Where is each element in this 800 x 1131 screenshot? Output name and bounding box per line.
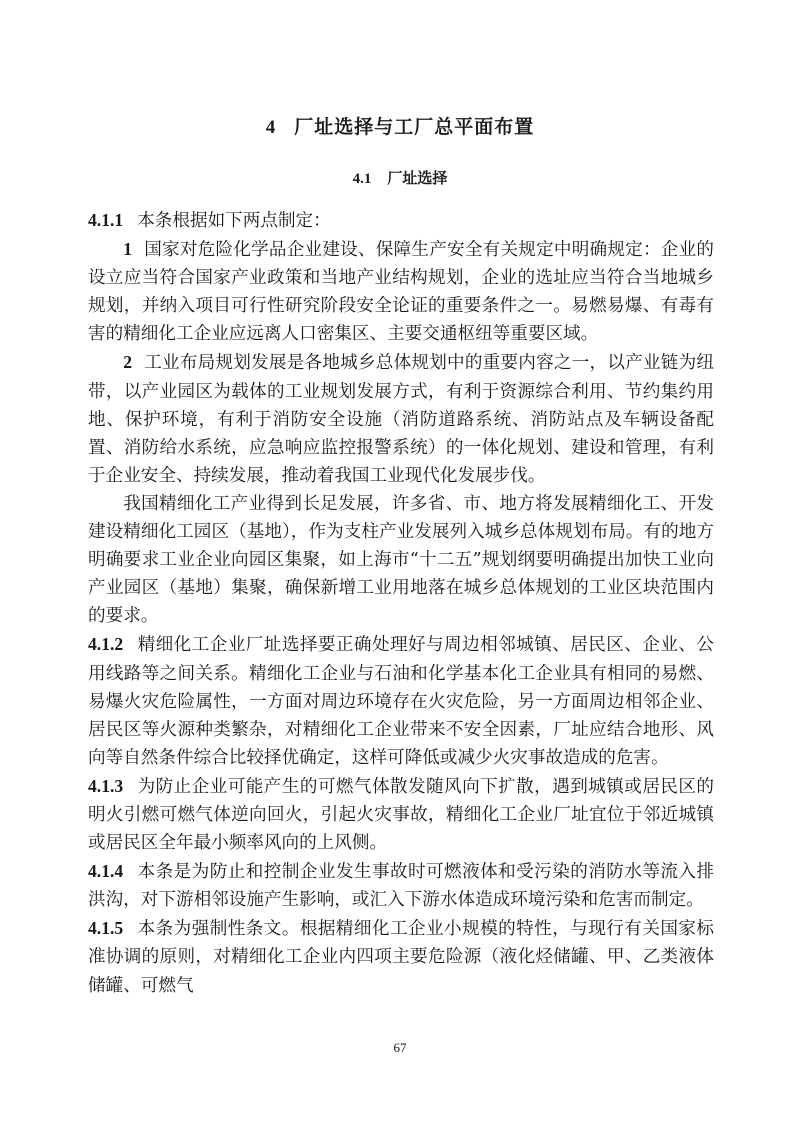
- item-text: 工业布局规划发展是各地城乡总体规划中的重要内容之一，以产业链为纽带，以产业园区为…: [88, 353, 714, 485]
- clause-text: 本条为强制性条文。根据精细化工企业小规模的特性，与现行有关国家标准协调的原则，对…: [88, 919, 714, 995]
- document-page: 4厂址选择与工厂总平面布置 4.1厂址选择 4.1.1本条根据如下两点制定： 1…: [0, 0, 800, 1131]
- clause-text: 为防止企业可能产生的可燃气体散发随风向下扩散，遇到城镇或居民区的明火引燃可燃气体…: [88, 777, 714, 853]
- item-number: 1: [123, 239, 132, 259]
- paragraph-body: 我国精细化工产业得到长足发展，许多省、市、地方将发展精细化工、开发建设精细化工园…: [88, 494, 714, 626]
- chapter-title-text: 厂址选择与工厂总平面布置: [294, 116, 534, 138]
- item-1: 1国家对危险化学品企业建设、保障生产安全有关规定中明确规定：企业的设立应当符合国…: [88, 235, 714, 348]
- section-number: 4.1: [353, 171, 372, 187]
- clause-number: 4.1.4: [88, 861, 123, 881]
- item-number: 2: [123, 352, 132, 372]
- clause-number: 4.1.3: [88, 776, 123, 796]
- paragraph-text: 我国精细化工产业得到长足发展，许多省、市、地方将发展精细化工、开发建设精细化工园…: [88, 490, 714, 630]
- clause-text: 精细化工企业厂址选择要正确处理好与周边相邻城镇、居民区、企业、公用线路等之间关系…: [88, 635, 714, 767]
- clause-number: 4.1.1: [88, 210, 123, 230]
- section-title: 4.1厂址选择: [0, 167, 800, 188]
- chapter-number: 4: [266, 117, 277, 138]
- item-2: 2工业布局规划发展是各地城乡总体规划中的重要内容之一，以产业链为纽带，以产业园区…: [88, 348, 714, 489]
- clause-4-1-4: 4.1.4本条是为防止和控制企业发生事故时可燃液体和受污染的消防水等流入排洪沟，…: [88, 857, 714, 914]
- clause-number: 4.1.2: [88, 634, 123, 654]
- clause-4-1-2: 4.1.2精细化工企业厂址选择要正确处理好与周边相邻城镇、居民区、企业、公用线路…: [88, 630, 714, 771]
- section-title-text: 厂址选择: [387, 169, 447, 187]
- clause-4-1-5: 4.1.5本条为强制性条文。根据精细化工企业小规模的特性，与现行有关国家标准协调…: [88, 914, 714, 999]
- body-text: 4.1.1本条根据如下两点制定： 1国家对危险化学品企业建设、保障生产安全有关规…: [88, 206, 714, 1000]
- item-text: 国家对危险化学品企业建设、保障生产安全有关规定中明确规定：企业的设立应当符合国家…: [88, 240, 714, 344]
- page-number: 67: [0, 1040, 800, 1056]
- clause-text: 本条是为防止和控制企业发生事故时可燃液体和受污染的消防水等流入排洪沟，对下游相邻…: [88, 862, 714, 910]
- chapter-title: 4厂址选择与工厂总平面布置: [0, 112, 800, 139]
- clause-text: 本条根据如下两点制定：: [137, 211, 331, 231]
- clause-number: 4.1.5: [88, 918, 123, 938]
- clause-4-1-3: 4.1.3为防止企业可能产生的可燃气体散发随风向下扩散，遇到城镇或居民区的明火引…: [88, 772, 714, 857]
- clause-4-1-1: 4.1.1本条根据如下两点制定：: [88, 206, 714, 235]
